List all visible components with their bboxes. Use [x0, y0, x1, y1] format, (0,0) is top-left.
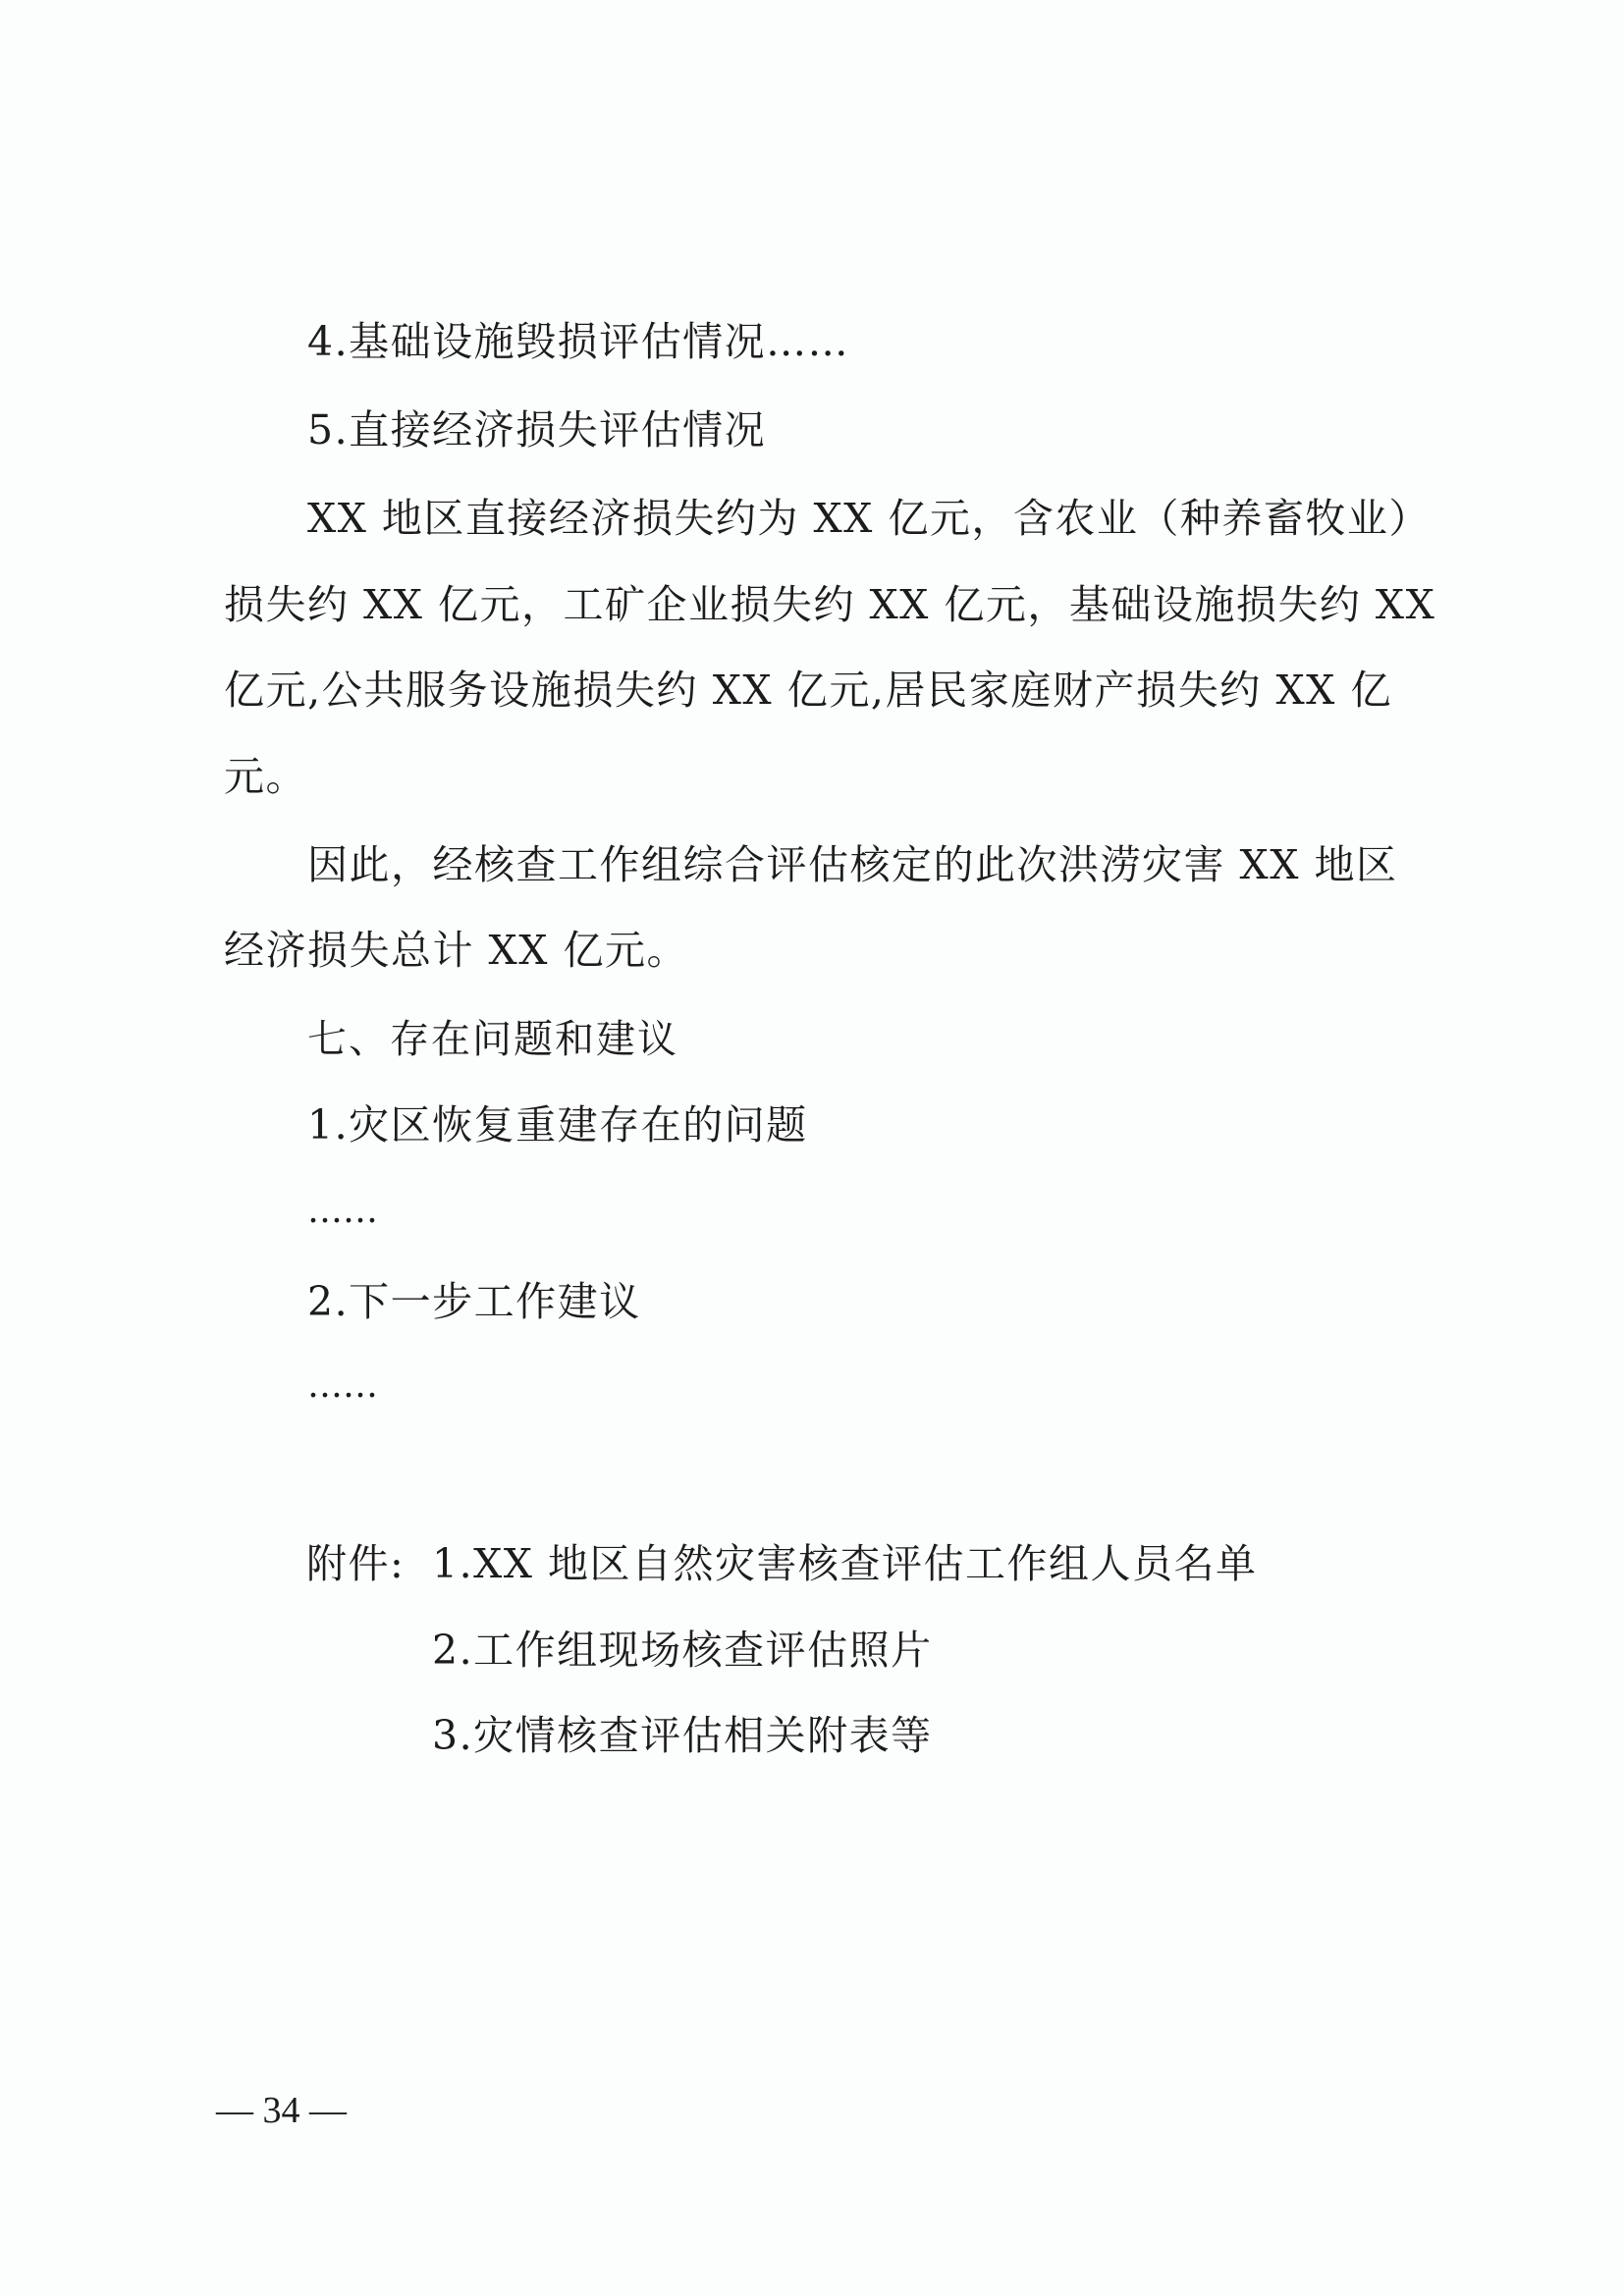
section-item-5: 5.直接经济损失评估情况 — [307, 408, 1392, 452]
paragraph-line: XX 地区直接经济损失约为 XX 亿元，含农业（种养畜牧业） — [307, 497, 1392, 540]
attachments-label: 附件: — [306, 1542, 405, 1585]
section-heading-7: 七、存在问题和建议 — [307, 1018, 1392, 1061]
attachment-item: 2.工作组现场核查评估照片 — [432, 1629, 933, 1672]
paragraph-line: 经济损失总计 XX 亿元。 — [224, 929, 1392, 972]
paragraph-line: 损失约 XX 亿元，工矿企业损失约 XX 亿元，基础设施损失约 XX — [224, 583, 1392, 626]
section-7-item-1-body: …… — [307, 1190, 1392, 1233]
section-7-item-1: 1.灾区恢复重建存在的问题 — [307, 1103, 1392, 1147]
paragraph-line: 元。 — [224, 755, 1392, 798]
paragraph-line: 亿元,公共服务设施损失约 XX 亿元,居民家庭财产损失约 XX 亿 — [224, 668, 1392, 712]
section-7-item-2: 2.下一步工作建议 — [307, 1280, 1392, 1323]
page-number: — 34 — — [216, 2089, 347, 2132]
attachment-item: 1.XX 地区自然灾害核查评估工作组人员名单 — [432, 1542, 1258, 1585]
section-item-4: 4.基础设施毁损评估情况…… — [307, 320, 1392, 363]
paragraph-line: 因此，经核查工作组综合评估核定的此次洪涝灾害 XX 地区 — [307, 843, 1392, 886]
attachment-item: 3.灾情核查评估相关附表等 — [432, 1714, 933, 1757]
section-7-item-2-body: …… — [307, 1364, 1392, 1408]
